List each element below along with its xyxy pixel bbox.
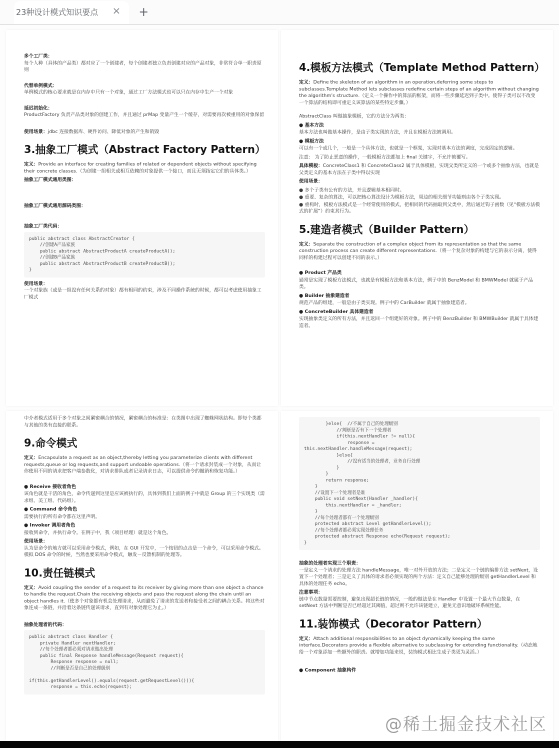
doc-bullet: ● Command 命令角色	[24, 506, 265, 513]
page-2-content: 4.模板方法模式（Template Method Pattern）定义：Defi…	[281, 30, 553, 329]
doc-figure-gap	[24, 75, 265, 82]
doc-paragraph: 抽象的处理者实现三个职责：一是定义一个请求的处理方法 handleMessage…	[299, 560, 540, 587]
doc-code-block: }else{ //不属于自己的处理级别 //判断是否有下一个处理者 if(thi…	[299, 417, 540, 550]
doc-figure-gap	[24, 120, 265, 128]
doc-bullet: ● 重要、复杂的算法，可以把核心算法设计为模板方法，周边的相关细节功能则由各个子…	[299, 194, 540, 201]
doc-figure-gap	[24, 613, 265, 621]
doc-paragraph: 具体模板：ConcreteClass1 和 ConcreteClass2 属于具…	[299, 163, 540, 177]
doc-paragraph: 定义：Separate the construction of a comple…	[299, 241, 540, 261]
doc-heading: 4.模板方法模式（Template Method Pattern）	[299, 61, 540, 75]
doc-bullet: ● 重构时，模板方法模式是一个经常使用的模式，把相同的代码抽取到父类中，然后通过…	[299, 201, 540, 215]
juejin-watermark: @稀土掘金技术社区	[385, 710, 547, 735]
doc-figure-gap	[299, 553, 540, 560]
page-2: 4.模板方法模式（Template Method Pattern）定义：Defi…	[281, 30, 553, 406]
doc-paragraph: 注意： 为了防止恶意的操作，一般模板方法都加上 final 关键字，不允许被覆写…	[299, 154, 540, 161]
page-1-content: 多个工厂类：每个人种（具体的产品类）都对应了一个创建者，每个创建者独立负责创建对…	[6, 30, 278, 301]
doc-paragraph: 定义：Encapsulate a request as an object,th…	[24, 455, 265, 475]
doc-paragraph: 规范产品的组建，一般是由子类实现。例子中的 CarBuilder 就属于抽象建造…	[299, 300, 540, 307]
doc-paragraph: 延迟初始化：ProductFactory 负责产品类对象的创建工作，并且通过 p…	[24, 105, 265, 119]
page-3-content: 中介者模式适用于多个对象之间紧密耦合的情况，紧密耦合的标准是：在类图中出现了蜘蛛…	[6, 411, 278, 694]
doc-paragraph: 抽象工厂类代码：	[24, 223, 265, 230]
doc-bullet: ● Invoker 调用者角色	[24, 522, 265, 529]
doc-bullet: ● Product 产品类	[299, 270, 540, 277]
doc-paragraph: 实现抽象类定义的所有方法，并且返回一个组建好的对象。例子中的 BenzBuild…	[299, 316, 540, 330]
page-1: 多个工厂类：每个人种（具体的产品类）都对应了一个创建者，每个创建者独立负责创建对…	[6, 30, 278, 406]
doc-figure-gap	[24, 211, 265, 223]
doc-paragraph: 定义：Provide an interface for creating fam…	[24, 161, 265, 175]
doc-figure-gap	[24, 477, 265, 483]
page-4-content: }else{ //不属于自己的处理级别 //判断是否有下一个处理者 if(thi…	[281, 411, 553, 674]
tab-title: 23种设计模式知识要点	[16, 7, 98, 18]
doc-paragraph: 抽象工厂模式通用类图：	[24, 177, 265, 184]
doc-paragraph: 使用场景：jdbc 连接数据库、硬件访问、降低对象的产生和销毁	[24, 128, 265, 135]
doc-paragraph: 多个工厂类：每个人种（具体的产品类）都对应了一个创建者，每个创建者独立负责创建对…	[24, 53, 265, 73]
doc-bullet: ● ConcreteBuilder 具体建造者	[299, 308, 540, 315]
doc-paragraph: 注意事项：链中节点数量需要控制，避免出现超长链的情况，一般的做法是在 Handl…	[299, 589, 540, 609]
browser-tab[interactable]: 23种设计模式知识要点 ×	[14, 1, 129, 24]
doc-paragraph: 使用场景：认为是命令的地方就可以采用命令模式，例如，在 GUI 开发中，一个按钮…	[24, 538, 265, 558]
doc-paragraph: AbstractClass 叫做抽象模板，它的方法分为两类：	[299, 113, 540, 120]
doc-paragraph: 使用场景：	[299, 178, 540, 185]
doc-paragraph: 通常是实现了模板方法模式，也就是有模板方法和基本方法，例子中的 BenzMode…	[299, 277, 540, 291]
doc-figure-gap	[24, 98, 265, 105]
doc-bullet: ● 模板方法	[299, 138, 540, 145]
doc-heading: 3.抽象工厂模式（Abstract Factory Pattern）	[24, 143, 265, 157]
doc-bullet: ● 基本方法	[299, 122, 540, 129]
doc-figure-gap	[299, 658, 540, 667]
doc-paragraph: 中介者模式适用于多个对象之间紧密耦合的情况，紧密耦合的标准是：在类图中出现了蜘蛛…	[24, 415, 265, 429]
doc-paragraph: 该角色就是干活的角色，命令传递到这里是应该被执行的，具体到我们上面的例子中就是 …	[24, 491, 265, 505]
document-viewport[interactable]: 多个工厂类：每个人种（具体的产品类）都对应了一个创建者，每个创建者独立负责创建对…	[0, 25, 559, 748]
doc-code-block: public abstract class Handler { private …	[24, 630, 265, 694]
doc-paragraph: 抽象处理者的代码：	[24, 621, 265, 628]
doc-bullet: ● Receive 接收者角色	[24, 483, 265, 490]
doc-paragraph: 定义：Define the skeleton of an algorithm i…	[299, 79, 540, 106]
doc-paragraph: 抽象工厂模式通用源码类图：	[24, 202, 265, 209]
doc-figure-gap	[24, 185, 265, 202]
doc-paragraph: 定义：Attach additional responsibilities to…	[299, 635, 540, 655]
doc-code-block: public abstract class AbstractCreator { …	[24, 232, 265, 278]
doc-paragraph: 定义：Avoid coupling the sender of a reques…	[24, 584, 265, 611]
doc-bullet: ● Builder 抽象建造者	[299, 292, 540, 299]
doc-paragraph: 基本方法也叫做基本操作，是由子类实现的方法，并且在模板方法被调用。	[299, 129, 540, 136]
page-3: 中介者模式适用于多个对象之间紧密耦合的情况，紧密耦合的标准是：在类图中出现了蜘蛛…	[6, 411, 278, 741]
bottom-black-bar	[0, 741, 559, 748]
doc-figure-gap	[299, 263, 540, 269]
new-tab-button[interactable]: +	[139, 5, 149, 19]
doc-heading: 10.责任链模式	[24, 566, 265, 580]
doc-paragraph: 接收到命令，并执行命令。在例子中，我（项目经理）就是这个角色。	[24, 529, 265, 536]
browser-tab-strip: 23种设计模式知识要点 × +	[0, 0, 559, 25]
tab-close-icon[interactable]: ×	[112, 7, 120, 17]
doc-heading: 5.建造者模式（Builder Pattern）	[299, 223, 540, 237]
doc-paragraph: 可以有一个或几个，一般是一个具体方法，也就是一个框架，实现对基本方法的调度，完成…	[299, 145, 540, 152]
doc-heading: 9.命令模式	[24, 437, 265, 451]
doc-bullet: ● 多个子类有公有的方法，并且逻辑基本相同时。	[299, 187, 540, 194]
doc-paragraph: 需要执行的所有命令都在这里声明。	[24, 513, 265, 520]
doc-heading: 11.装饰模式（Decorator Pattern）	[299, 617, 540, 631]
page-4: }else{ //不属于自己的处理级别 //判断是否有下一个处理者 if(thi…	[281, 411, 553, 741]
doc-paragraph: 使用场景：一个对象族（或是一组没有任何关系的对象）都有相同的约束，涉及不同操作系…	[24, 280, 265, 300]
doc-paragraph: 代替单例模式：单例模式的核心要求就是在内存中只有一个对象，通过工厂方法模式也可以…	[24, 82, 265, 96]
doc-bullet: ● Component 抽象构件	[299, 667, 540, 674]
